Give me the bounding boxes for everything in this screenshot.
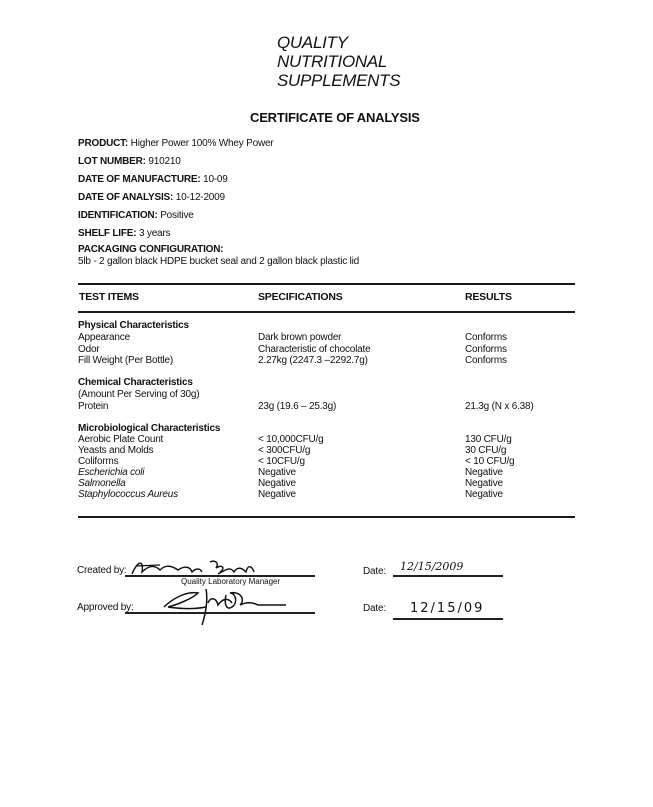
approved-date-value: 12/15/09 xyxy=(410,601,484,616)
table-header-rule xyxy=(78,311,575,313)
spec: Negative xyxy=(258,489,296,501)
company-logo: QUALITY NUTRITIONAL SUPPLEMENTS xyxy=(277,33,400,90)
spec: Dark brown powder xyxy=(258,332,341,344)
packaging-label-text: PACKAGING CONFIGURATION: xyxy=(78,244,223,255)
item: Aerobic Plate Count xyxy=(78,434,163,446)
result: Negative xyxy=(465,467,503,479)
manufacture-date-label: DATE OF MANUFACTURE: xyxy=(78,174,200,185)
result: 130 CFU/g xyxy=(465,434,512,446)
spec: < 10CFU/g xyxy=(258,456,305,468)
header-results: RESULTS xyxy=(465,291,512,303)
product-label: PRODUCT: xyxy=(78,138,128,149)
manufacture-date-value: 10-09 xyxy=(203,174,228,185)
lot-number-field: LOT NUMBER: 910210 xyxy=(78,156,181,167)
logo-line-3: SUPPLEMENTS xyxy=(277,71,400,90)
identification-label: IDENTIFICATION: xyxy=(78,210,158,221)
identification-field: IDENTIFICATION: Positive xyxy=(78,210,194,221)
created-date-label: Date: xyxy=(363,566,386,577)
shelf-life-value: 3 years xyxy=(139,228,170,239)
result: 21.3g (N x 6.38) xyxy=(465,401,534,413)
spec: Negative xyxy=(258,478,296,490)
product-field: PRODUCT: Higher Power 100% Whey Power xyxy=(78,138,273,149)
section-title: Microbiological Characteristics xyxy=(78,423,220,435)
analysis-date-value: 10-12-2009 xyxy=(176,192,225,203)
item: Appearance xyxy=(78,332,130,344)
result: Conforms xyxy=(465,344,507,356)
created-by-label: Created by: xyxy=(77,565,127,576)
item: Staphylococcus Aureus xyxy=(78,489,178,501)
result: Negative xyxy=(465,489,503,501)
result: Conforms xyxy=(465,355,507,367)
created-date-value: 12/15/2009 xyxy=(400,560,463,573)
header-test-items: TEST ITEMS xyxy=(79,291,139,303)
analysis-date-label: DATE OF ANALYSIS: xyxy=(78,192,173,203)
created-date-line xyxy=(393,575,503,577)
item: Odor xyxy=(78,344,99,356)
approved-date-label: Date: xyxy=(363,603,386,614)
manufacture-date-field: DATE OF MANUFACTURE: 10-09 xyxy=(78,174,228,185)
lot-number-value: 910210 xyxy=(148,156,180,167)
table-top-rule xyxy=(78,283,575,285)
spec: 23g (19.6 – 25.3g) xyxy=(258,401,336,413)
section-title: Physical Characteristics xyxy=(78,320,189,332)
identification-value: Positive xyxy=(160,210,193,221)
spec: < 10,000CFU/g xyxy=(258,434,324,446)
result: 30 CFU/g xyxy=(465,445,506,457)
result: Negative xyxy=(465,478,503,490)
logo-line-1: QUALITY xyxy=(277,33,400,52)
spec: < 300CFU/g xyxy=(258,445,310,457)
item: Fill Weight (Per Bottle) xyxy=(78,355,173,367)
item: Salmonella xyxy=(78,478,125,490)
document-title: CERTIFICATE OF ANALYSIS xyxy=(250,110,420,125)
packaging-value: 5lb - 2 gallon black HDPE bucket seal an… xyxy=(78,256,359,267)
result: < 10 CFU/g xyxy=(465,456,514,468)
approved-date-line xyxy=(393,618,503,620)
spec: 2.27kg (2247.3 –2292.7g) xyxy=(258,355,368,367)
approved-by-signature xyxy=(162,585,292,627)
item: Escherichia coli xyxy=(78,467,144,479)
section-subtitle-text: (Amount Per Serving of 30g) xyxy=(78,389,199,401)
packaging-label: PACKAGING CONFIGURATION: xyxy=(78,244,223,255)
shelf-life-label: SHELF LIFE: xyxy=(78,228,136,239)
table-bottom-rule xyxy=(78,516,575,518)
shelf-life-field: SHELF LIFE: 3 years xyxy=(78,228,170,239)
lot-number-label: LOT NUMBER: xyxy=(78,156,146,167)
item: Protein xyxy=(78,401,108,413)
result: Conforms xyxy=(465,332,507,344)
spec: Characteristic of chocolate xyxy=(258,344,370,356)
logo-line-2: NUTRITIONAL xyxy=(277,52,400,71)
section-title: Chemical Characteristics xyxy=(78,377,193,389)
header-specifications: SPECIFICATIONS xyxy=(258,291,343,303)
product-value: Higher Power 100% Whey Power xyxy=(131,138,274,149)
analysis-date-field: DATE OF ANALYSIS: 10-12-2009 xyxy=(78,192,225,203)
item: Coliforms xyxy=(78,456,118,468)
item: Yeasts and Molds xyxy=(78,445,153,457)
spec: Negative xyxy=(258,467,296,479)
